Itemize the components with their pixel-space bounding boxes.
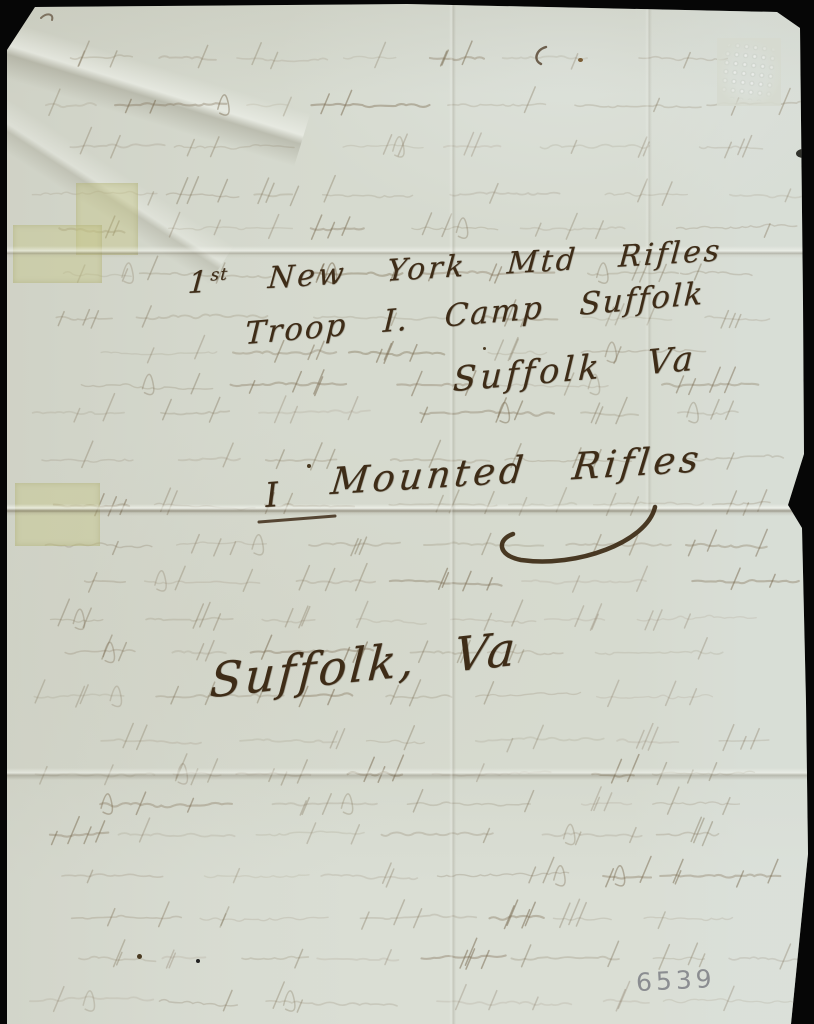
docket-mark-underline — [259, 516, 335, 522]
catalog-number-pencil: 6539 — [635, 964, 716, 997]
docket-flourish — [502, 507, 655, 561]
ink-speck-5 — [483, 347, 486, 350]
letter-paper: 1st New York Mtd Rifles Troop I. Camp Su… — [7, 2, 808, 1024]
ink-speck-3 — [307, 464, 311, 468]
scan-background: { "palette": { "background": "#060606", … — [0, 0, 814, 1024]
ink-speck-1 — [137, 954, 142, 959]
ink-speck-2 — [196, 959, 200, 963]
ink-speck-4 — [578, 58, 583, 62]
ink-flourishes — [7, 2, 808, 1024]
stray-ink-mark — [536, 47, 546, 64]
corner-ink-mark — [41, 14, 52, 20]
